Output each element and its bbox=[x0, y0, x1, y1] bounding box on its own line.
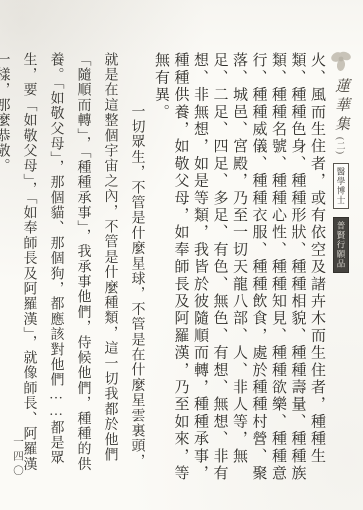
volume-label: (二) bbox=[335, 137, 348, 155]
book-title: 蓮華集 bbox=[329, 78, 353, 135]
running-header: 蓮華集 (二) 醫學博士 普賢行願品 bbox=[328, 48, 354, 273]
page-body: 火、風而生住者，或有依空及諸卉木而生住者，種種生類、種種色身、種種形狀、種種相貌… bbox=[22, 52, 326, 483]
header-tag-chapter: 普賢行願品 bbox=[333, 217, 349, 273]
commentary-paragraph: 一切眾生，不管是什麼星球，不管是在什麼星雲裏頭，就是在這整個宇宙之內，不管是什麼… bbox=[0, 52, 151, 483]
sutra-paragraph: 火、風而生住者，或有依空及諸卉木而生住者，種種生類、種種色身、種種形狀、種種相貌… bbox=[151, 52, 327, 483]
page-number: 一四〇 bbox=[10, 436, 25, 480]
header-tag-credential: 醫學博士 bbox=[333, 163, 349, 209]
floral-stamp-icon bbox=[329, 48, 353, 74]
scanned-book-page: 蓮華集 (二) 醫學博士 普賢行願品 火、風而生住者，或有依空及諸卉木而生住者，… bbox=[0, 0, 363, 510]
